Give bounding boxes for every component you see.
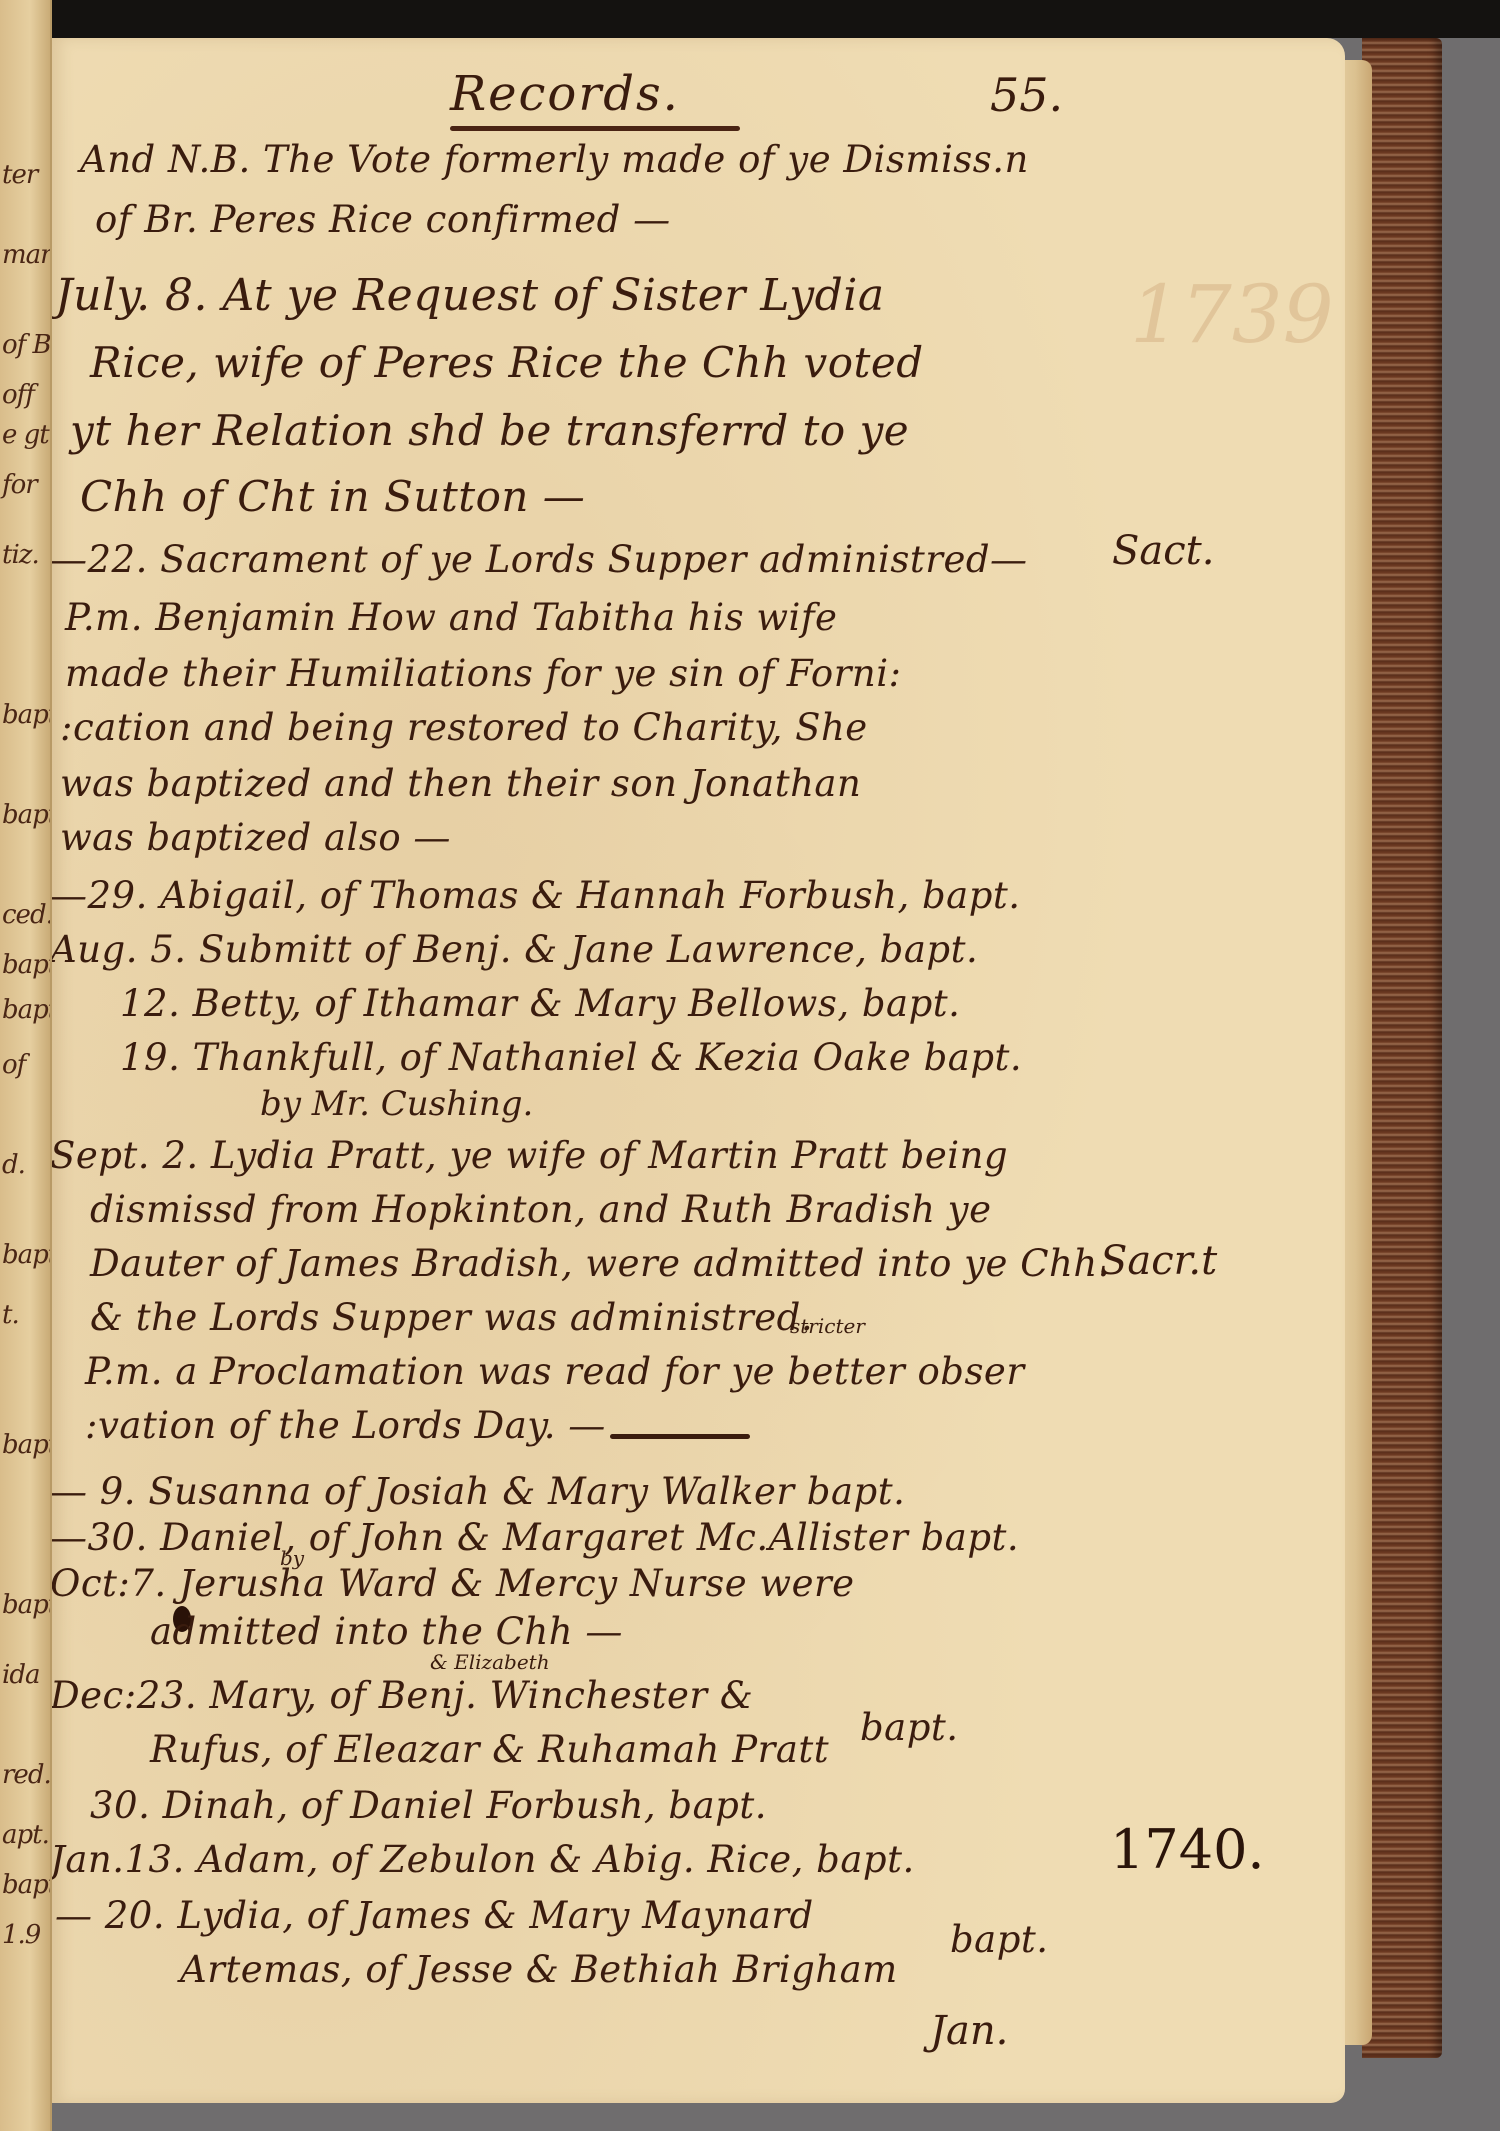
interlinear-stricter: stricter	[790, 1314, 865, 1338]
facing-page-edge: ter man of Br. off e gt. for tiz. bapt. …	[0, 0, 52, 2131]
manuscript-scan: 1739 Records. 55. And N.B. The Vote form…	[0, 0, 1500, 2131]
facing-fragment: bapt.	[2, 1430, 52, 1460]
record-line-22: P.m. a Proclamation was read for ye bett…	[85, 1350, 1025, 1393]
record-line-5: yt her Relation shd be transferrd to ye	[70, 406, 909, 455]
record-line-23: :vation of the Lords Day. —	[85, 1404, 606, 1447]
page-heading: Records.	[450, 66, 680, 122]
top-shadow	[0, 0, 1500, 38]
bracket-bapt-jan: bapt.	[950, 1918, 1049, 1961]
margin-year: 1740.	[1110, 1818, 1265, 1881]
book-binding-spine	[1362, 38, 1442, 2058]
facing-fragment: ter	[2, 160, 37, 190]
closing-rule	[610, 1434, 750, 1439]
page-number: 55.	[990, 68, 1063, 122]
margin-note-sacrament: Sact.	[1112, 528, 1214, 574]
catchword: Jan.	[930, 2008, 1008, 2054]
facing-fragment: bapt.	[2, 950, 52, 980]
margin-note-sacrament-sept: Sacr.t	[1100, 1238, 1217, 1284]
record-line-32: — 20. Lydia, of James & Mary Maynard	[55, 1894, 814, 1937]
record-line-7: —22. Sacrament of ye Lords Supper admini…	[50, 538, 1028, 581]
facing-fragment: d.	[2, 1150, 25, 1180]
record-line-33: Artemas, of Jesse & Bethiah Brigham	[180, 1948, 898, 1991]
facing-fragment: bapt.	[2, 995, 52, 1025]
facing-fragment: of Br.	[2, 330, 52, 360]
record-line-18: Sept. 2. Lydia Pratt, ye wife of Martin …	[50, 1134, 1008, 1177]
facing-fragment: tiz.	[2, 540, 39, 570]
bleed-through-number: 1739	[1130, 268, 1334, 361]
heading-underline	[450, 126, 740, 131]
record-line-19: dismissd from Hopkinton, and Ruth Bradis…	[90, 1188, 991, 1231]
facing-fragment: bapt.	[2, 1590, 52, 1620]
record-line-26: Oct:7. Jerusha Ward & Mercy Nurse were	[50, 1562, 855, 1605]
facing-fragment: off	[2, 380, 34, 410]
facing-fragment: bapt.	[2, 800, 52, 830]
manuscript-page: 1739 Records. 55. And N.B. The Vote form…	[50, 38, 1345, 2103]
record-line-15: 12. Betty, of Ithamar & Mary Bellows, ba…	[120, 982, 960, 1025]
facing-fragment: 1.9	[2, 1920, 40, 1950]
record-line-21: & the Lords Supper was administred.	[90, 1296, 813, 1339]
interlinear-elizabeth: & Elizabeth	[430, 1650, 550, 1674]
record-line-25: —30. Daniel, of John & Margaret Mc.Allis…	[50, 1516, 1019, 1559]
facing-fragment: bapt.	[2, 700, 52, 730]
record-line-29: Rufus, of Eleazar & Ruhamah Pratt	[150, 1728, 829, 1771]
record-line-20: Dauter of James Bradish, were admitted i…	[90, 1242, 1110, 1285]
record-line-8: P.m. Benjamin How and Tabitha his wife	[65, 596, 837, 639]
facing-fragment: bapt.	[2, 1870, 52, 1900]
record-line-13: —29. Abigail, of Thomas & Hannah Forbush…	[50, 874, 1021, 917]
facing-fragment: for	[2, 470, 37, 500]
record-line-28: Dec:23. Mary, of Benj. Winchester &	[50, 1674, 753, 1717]
facing-fragment: apt.	[2, 1820, 49, 1850]
facing-fragment: e gt.	[2, 420, 52, 450]
facing-fragment: of	[2, 1050, 25, 1080]
record-line-31: Jan.13. Adam, of Zebulon & Abig. Rice, b…	[50, 1838, 915, 1881]
record-line-11: was baptized and then their son Jonathan	[60, 762, 861, 805]
facing-fragment: t.	[2, 1300, 19, 1330]
facing-fragment: ida	[2, 1660, 39, 1690]
record-line-1: And N.B. The Vote formerly made of ye Di…	[80, 138, 1029, 181]
record-line-6: Chh of Cht in Sutton —	[80, 472, 585, 521]
record-line-16: 19. Thankfull, of Nathaniel & Kezia Oake…	[120, 1036, 1022, 1079]
record-line-24: — 9. Susanna of Josiah & Mary Walker bap…	[50, 1470, 905, 1513]
bracket-bapt-dec: bapt.	[860, 1706, 959, 1749]
record-line-27: admitted into the Chh —	[150, 1610, 623, 1653]
record-line-9: made their Humiliations for ye sin of Fo…	[65, 652, 902, 695]
facing-fragment: bapt.	[2, 1240, 52, 1270]
facing-fragment: red.	[2, 1760, 51, 1790]
record-line-14: Aug. 5. Submitt of Benj. & Jane Lawrence…	[50, 928, 978, 971]
record-line-17: by Mr. Cushing.	[260, 1084, 533, 1124]
record-line-30: 30. Dinah, of Daniel Forbush, bapt.	[90, 1784, 767, 1827]
facing-fragment: man	[2, 240, 52, 270]
record-line-2: of Br. Peres Rice confirmed —	[95, 198, 671, 241]
record-line-3: July. 8. At ye Request of Sister Lydia	[55, 270, 885, 321]
record-line-12: was baptized also —	[60, 816, 451, 859]
record-line-10: :cation and being restored to Charity, S…	[60, 706, 868, 749]
record-line-4: Rice, wife of Peres Rice the Chh voted	[90, 338, 924, 387]
facing-fragment: ced.	[2, 900, 52, 930]
